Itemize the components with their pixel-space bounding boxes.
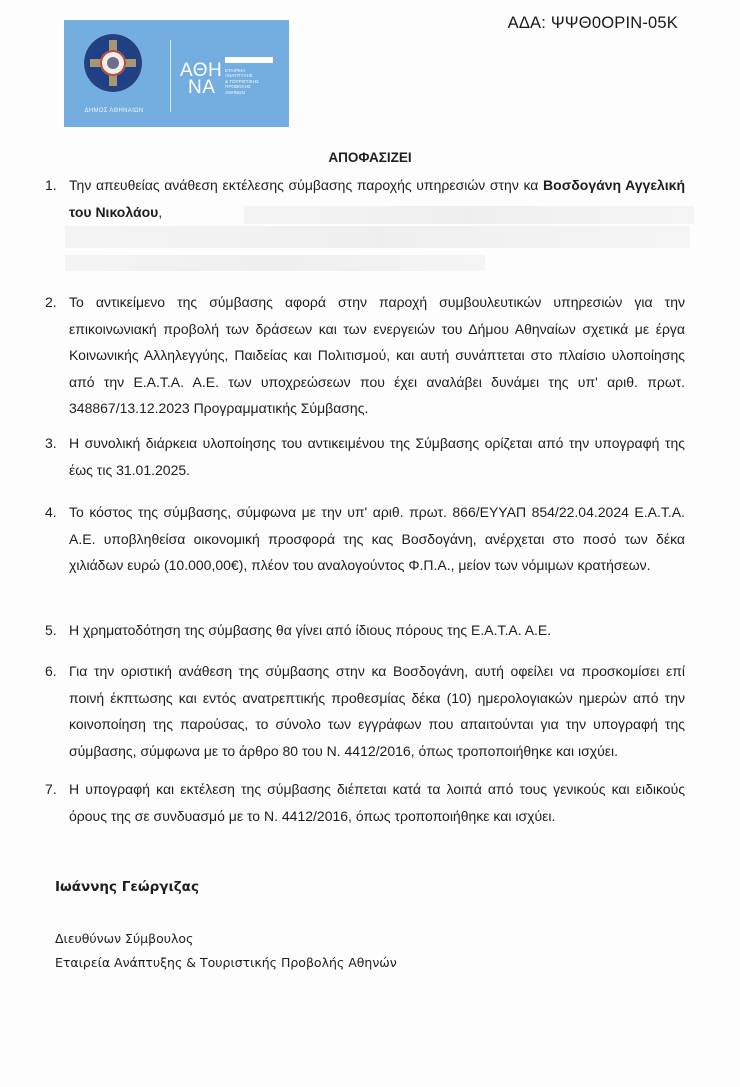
redacted-area: [65, 255, 485, 271]
municipality-label: ΔΗΜΟΣ ΑΘΗΝΑΙΩΝ: [74, 108, 154, 114]
signatory-role: Διευθύνων Σύμβουλος: [55, 931, 193, 946]
redacted-area: [244, 206, 694, 224]
redacted-area: [65, 226, 690, 248]
decision-item-4: 4. Το κόστος της σύμβασης, σύμφωνα με τη…: [45, 499, 685, 579]
logo-wordmark: ΑΘΗ ΝΑ: [180, 62, 222, 96]
decision-item-5: 5. Η χρηματοδότηση της σύμβασης θα γίνει…: [45, 617, 685, 644]
municipality-emblem-icon: [84, 34, 142, 92]
company-logo: ΔΗΜΟΣ ΑΘΗΝΑΙΩΝ ΑΘΗ ΝΑ ΕΤΑΙΡΕΙΑ ΑΝΑΠΤΥΞΗΣ…: [64, 20, 289, 127]
ada-code: ΑΔΑ: ΨΨΘ0ΟΡΙΝ-05Κ: [508, 14, 678, 33]
decision-item-3: 3. Η συνολική διάρκεια υλοποίησης του αν…: [45, 430, 685, 483]
logo-divider: [170, 40, 171, 112]
decision-item-7: 7. Η υπογραφή και εκτέλεση της σύμβασης …: [45, 776, 685, 829]
logo-subtitle: ΕΤΑΙΡΕΙΑ ΑΝΑΠΤΥΞΗΣ & ΤΟΥΡΙΣΤΙΚΗΣ ΠΡΟΒΟΛΗ…: [225, 68, 259, 95]
decision-item-6: 6. Για την οριστική ανάθεση της σύμβασης…: [45, 658, 685, 764]
decision-heading: ΑΠΟΦΑΣΙΖΕΙ: [0, 150, 740, 165]
logo-bar: [225, 57, 273, 63]
signatory-name: Ιωάννης Γεώργιζας: [55, 879, 199, 895]
decision-item-2: 2. Το αντικείμενο της σύμβασης αφορά στη…: [45, 289, 685, 422]
signatory-organization: Εταιρεία Ανάπτυξης & Τουριστικής Προβολή…: [55, 955, 397, 970]
